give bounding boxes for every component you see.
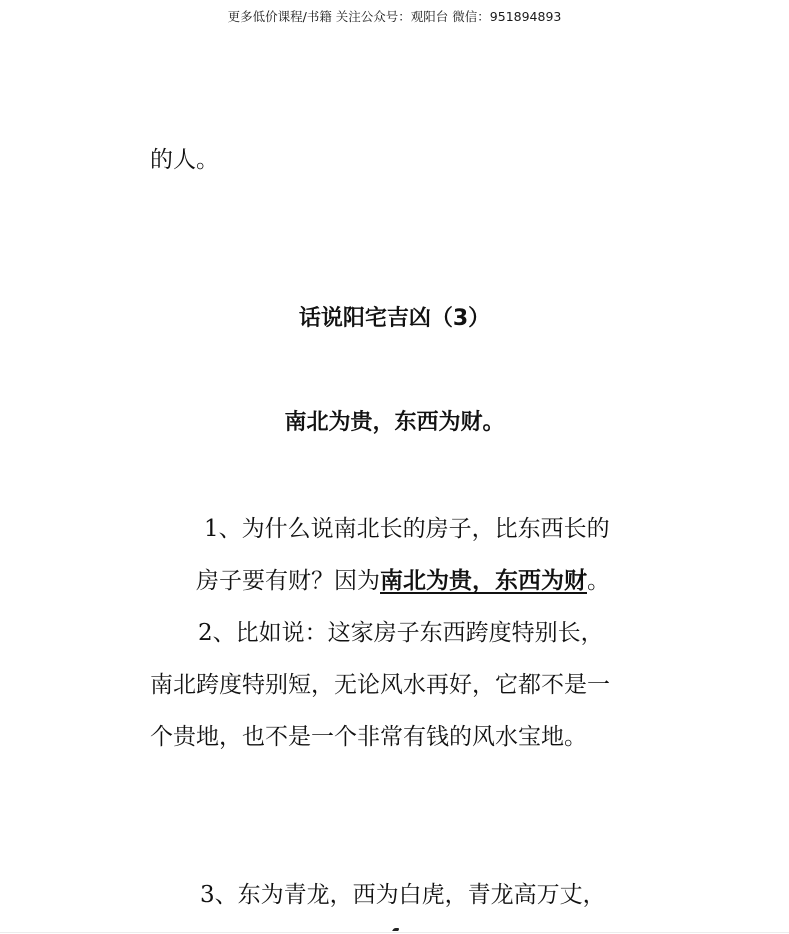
underlined-emphasis: 南北为贵，东西为财 xyxy=(380,568,587,594)
page-bottom-edge xyxy=(0,932,789,933)
watermark-header: 更多低价课程/书籍 关注公众号：观阳台 微信：951894893 xyxy=(0,7,789,25)
paragraph-1-line-1: 1、为什么说南北长的房子，比东西长的 xyxy=(204,514,610,544)
paragraph-2-line-1: 2、比如说：这家房子东西跨度特别长， xyxy=(198,618,604,648)
paragraph-1-prefix: 房子要有财？因为 xyxy=(196,568,380,594)
paragraph-3-line-1: 3、东为青龙，西为白虎，青龙高万丈， xyxy=(200,880,606,910)
cut-off-glyph xyxy=(392,928,400,931)
paragraph-1-line-2: 房子要有财？因为南北为贵，东西为财。 xyxy=(196,566,610,596)
section-title: 话说阳宅吉凶（3） xyxy=(0,304,789,334)
section-subtitle: 南北为贵，东西为财。 xyxy=(0,408,789,438)
text-fragment: 的人。 xyxy=(150,145,219,175)
document-page: 更多低价课程/书籍 关注公众号：观阳台 微信：951894893 的人。 话说阳… xyxy=(0,0,789,934)
paragraph-1-suffix: 。 xyxy=(587,568,610,594)
paragraph-2-line-3: 个贵地，也不是一个非常有钱的风水宝地。 xyxy=(150,722,587,752)
paragraph-2-line-2: 南北跨度特别短，无论风水再好，它都不是一 xyxy=(150,670,610,700)
